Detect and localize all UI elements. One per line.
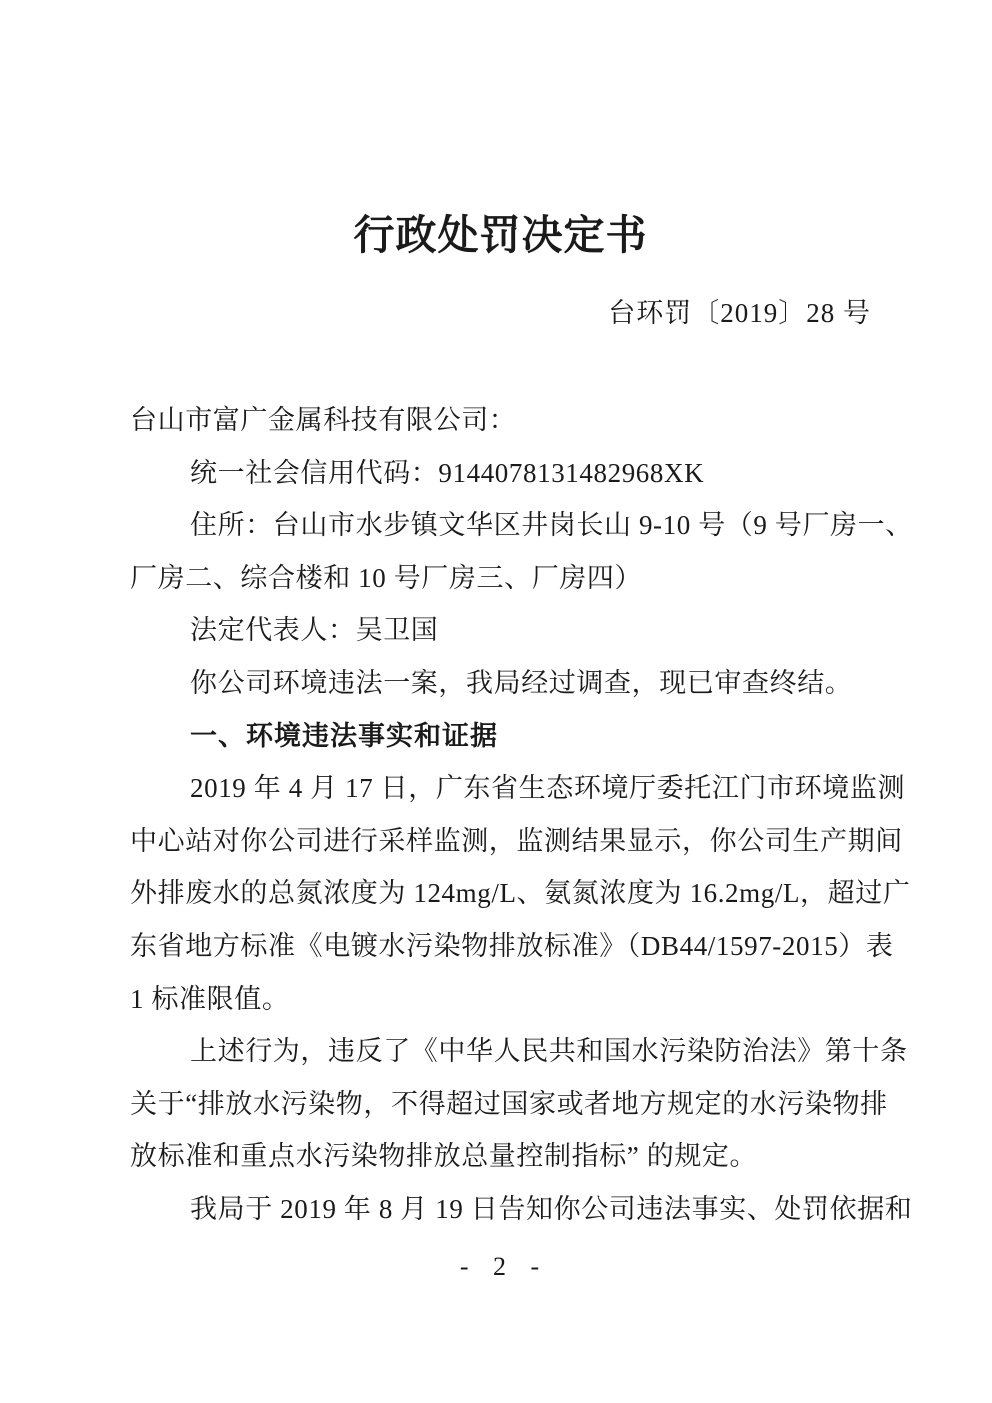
notification-paragraph-line-1: 我局于 2019 年 8 月 19 日告知你公司违法事实、处罚依据和 <box>130 1183 871 1236</box>
case-intro-line: 你公司环境违法一案，我局经过调查，现已审查终结。 <box>130 657 871 710</box>
document-title: 行政处罚决定书 <box>130 0 871 259</box>
facts-paragraph-line-1: 2019 年 4 月 17 日，广东省生态环境厅委托江门市环境监测 <box>130 762 871 815</box>
facts-paragraph-line-3: 外排废水的总氮浓度为 124mg/L、氨氮浓度为 16.2mg/L，超过广 <box>130 867 871 920</box>
page-number: - 2 - <box>130 1250 871 1284</box>
recipient-company-line: 台山市富广金属科技有限公司： <box>130 394 871 447</box>
violation-paragraph-line-3: 放标准和重点水污染物排放总量控制指标” 的规定。 <box>130 1130 871 1183</box>
violation-paragraph-line-1: 上述行为，违反了《中华人民共和国水污染防治法》第十条 <box>130 1025 871 1078</box>
document-page: 行政处罚决定书 台环罚〔2019〕28 号 台山市富广金属科技有限公司： 统一社… <box>0 0 992 1403</box>
document-body: 台山市富广金属科技有限公司： 统一社会信用代码：9144078131482968… <box>130 394 871 1236</box>
document-number: 台环罚〔2019〕28 号 <box>130 297 871 329</box>
facts-paragraph-line-5: 1 标准限值。 <box>130 973 871 1026</box>
legal-representative-line: 法定代表人：吴卫国 <box>130 604 871 657</box>
facts-paragraph-line-2: 中心站对你公司进行采样监测，监测结果显示，你公司生产期间 <box>130 815 871 868</box>
section-1-heading: 一、环境违法事实和证据 <box>130 710 871 763</box>
violation-paragraph-line-2: 关于“排放水污染物，不得超过国家或者地方规定的水污染物排 <box>130 1078 871 1131</box>
address-line-2: 厂房二、综合楼和 10 号厂房三、厂房四） <box>130 552 871 605</box>
facts-paragraph-line-4: 东省地方标准《电镀水污染物排放标准》（DB44/1597-2015）表 <box>130 920 871 973</box>
credit-code-line: 统一社会信用代码：9144078131482968XK <box>130 447 871 500</box>
document-content: 行政处罚决定书 台环罚〔2019〕28 号 台山市富广金属科技有限公司： 统一社… <box>130 0 871 1236</box>
address-line-1: 住所：台山市水步镇文华区井岗长山 9-10 号（9 号厂房一、 <box>130 499 871 552</box>
